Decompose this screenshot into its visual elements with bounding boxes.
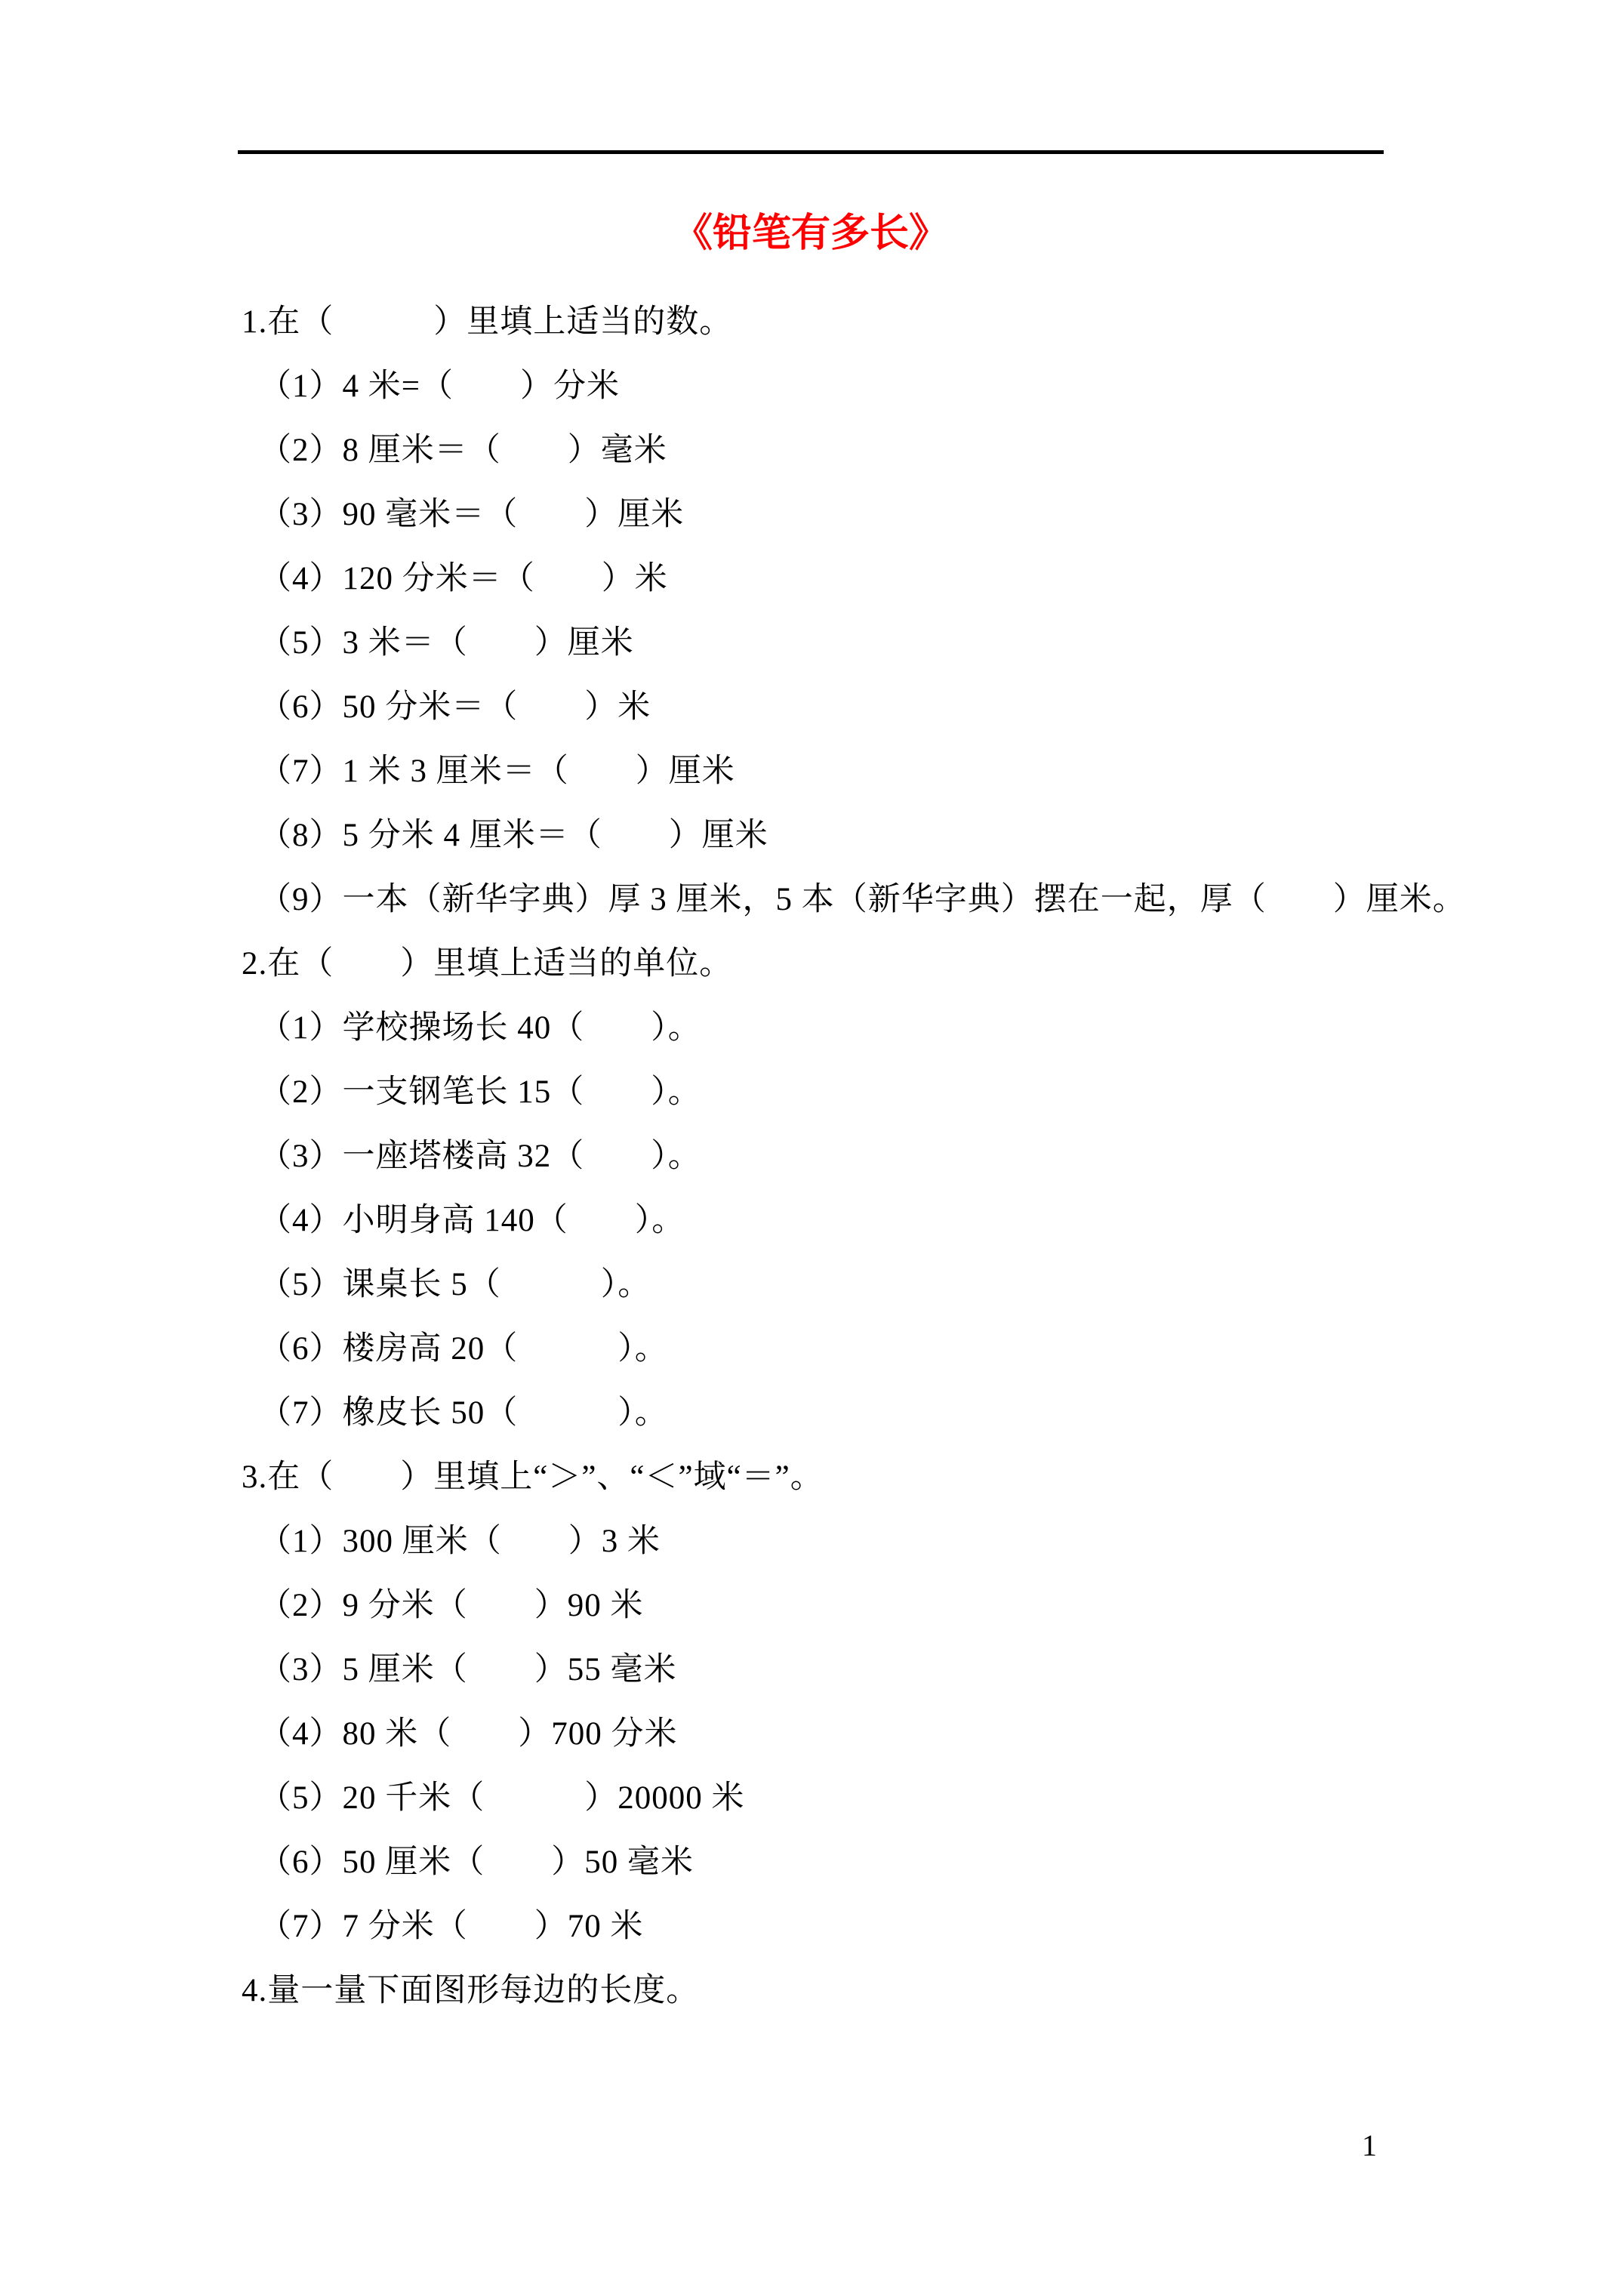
question-2-item-2: （2）一支钢笔长 15（ ）。: [259, 1074, 701, 1110]
question-1-item-5: （5）3 米＝（ ）厘米: [259, 625, 634, 661]
question-1-item-8: （8）5 分米 4 厘米＝（ ）厘米: [259, 818, 768, 853]
question-2-item-3: （3）一座塔楼高 32（ ）。: [259, 1139, 701, 1174]
question-3-item-2: （2）9 分米（ ）90 米: [259, 1588, 644, 1623]
question-1-item-9: （9）一本（新华字典）厚 3 厘米，5 本（新华字典）摆在一起，厚（ ）厘米。: [259, 882, 1466, 917]
question-1-item-4: （4）120 分米＝（ ）米: [259, 561, 668, 596]
question-2-item-6: （6）楼房高 20（ ）。: [259, 1331, 668, 1367]
question-1-heading: 1.在（ ）里填上适当的数。: [242, 304, 732, 340]
question-3-item-4: （4）80 米（ ）700 分米: [259, 1716, 678, 1752]
question-3-item-3: （3）5 厘米（ ）55 毫米: [259, 1652, 677, 1687]
worksheet-title: 《铅笔有多长》: [238, 211, 1384, 257]
question-1-item-7: （7）1 米 3 厘米＝（ ）厘米: [259, 754, 735, 789]
question-3-item-6: （6）50 厘米（ ）50 毫米: [259, 1845, 694, 1880]
question-2-item-4: （4）小明身高 140（ ）。: [259, 1203, 685, 1238]
page-number: 1: [1362, 2131, 1377, 2161]
question-2-item-1: （1）学校操场长 40（ ）。: [259, 1010, 701, 1046]
header-rule: [238, 150, 1384, 154]
question-2-item-7: （7）橡皮长 50（ ）。: [259, 1395, 668, 1431]
question-3-item-5: （5）20 千米（ ）20000 米: [259, 1780, 745, 1816]
question-3-item-1: （1）300 厘米（ ）3 米: [259, 1524, 661, 1559]
worksheet-page: 《铅笔有多长》 1.在（ ）里填上适当的数。 （1）4 米=（ ）分米 （2）8…: [0, 0, 1623, 2296]
question-3-item-7: （7）7 分米（ ）70 米: [259, 1909, 644, 1944]
question-4-heading: 4.量一量下面图形每边的长度。: [242, 1973, 699, 2008]
question-1-item-1: （1）4 米=（ ）分米: [259, 368, 620, 404]
question-2-heading: 2.在（ ）里填上适当的单位。: [242, 946, 732, 982]
question-2-item-5: （5）课桌长 5（ ）。: [259, 1267, 651, 1302]
question-1-item-6: （6）50 分米＝（ ）米: [259, 689, 651, 725]
question-1-item-2: （2）8 厘米＝（ ）毫米: [259, 433, 667, 468]
question-3-heading: 3.在（ ）里填上“＞”、“＜”域“＝”。: [242, 1459, 824, 1495]
question-1-item-3: （3）90 毫米＝（ ）厘米: [259, 497, 684, 532]
